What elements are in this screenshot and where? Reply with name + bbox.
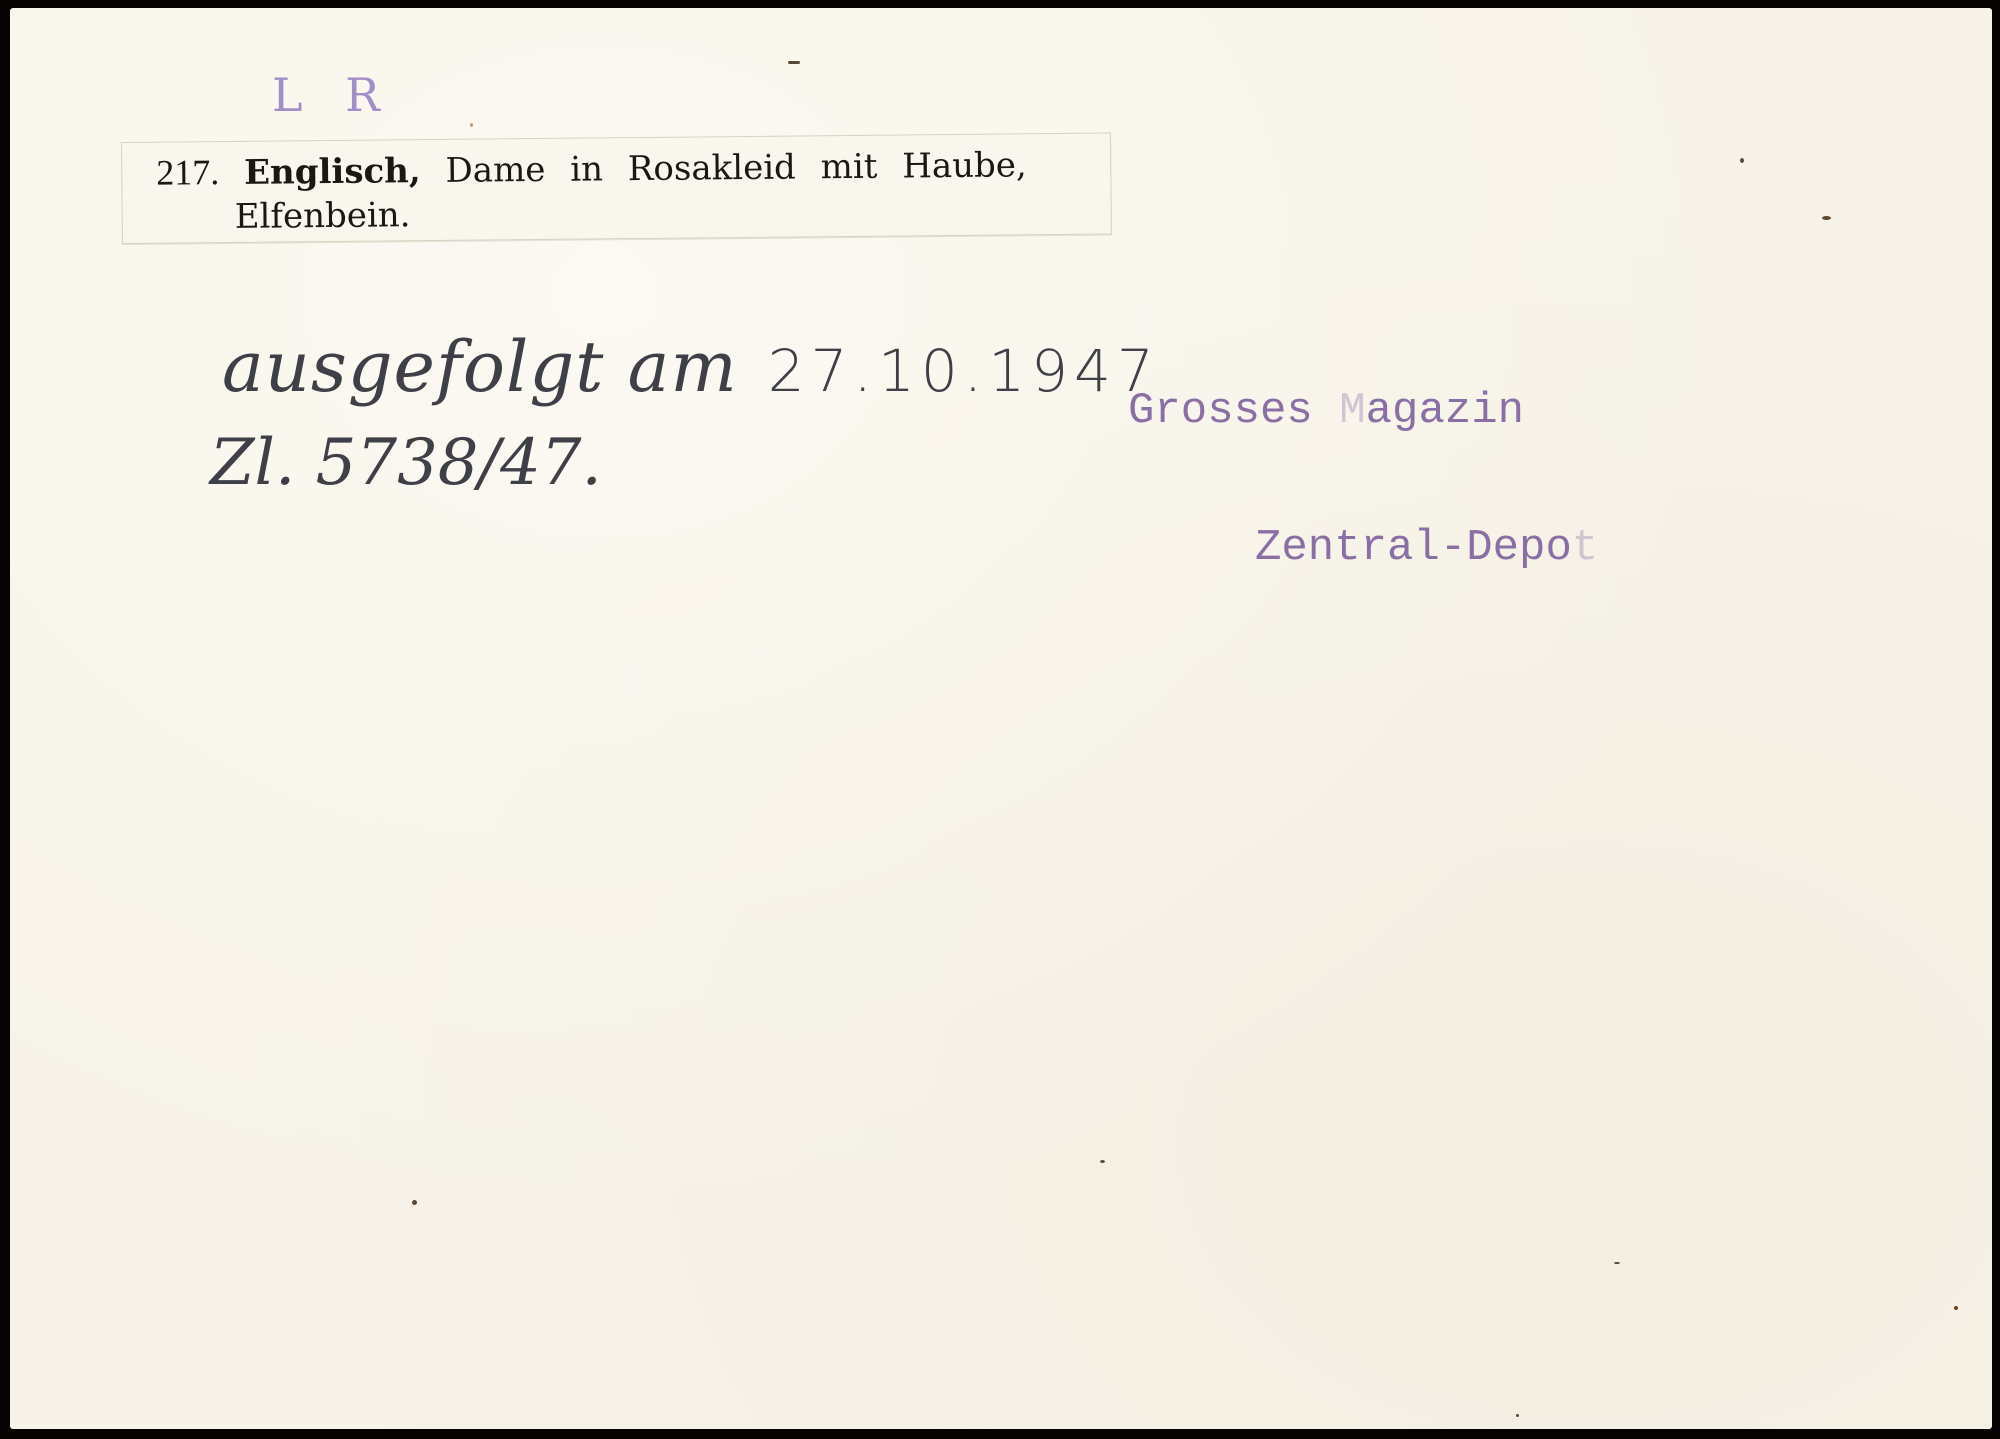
typed-stamp-word-zentral-depo: Zentral-Depo xyxy=(1255,523,1572,573)
catalog-number: 217. xyxy=(156,152,219,193)
release-label: ausgefolgt am xyxy=(222,326,738,408)
typed-stamp-grosses-magazin: Grosses Magazin xyxy=(1128,386,1524,436)
paper-speck xyxy=(788,61,800,64)
handwritten-release-note: ausgefolgt am27.10.1947 xyxy=(222,326,1160,408)
paper-speck xyxy=(412,1200,417,1205)
catalog-entry: 217. Englisch, Dame in Rosakleid mit Hau… xyxy=(156,142,1027,239)
catalog-description: Dame in Rosakleid mit Haube, xyxy=(445,145,1027,191)
typed-stamp-word-grosses: Grosses xyxy=(1128,386,1339,436)
paper-speck xyxy=(1614,1262,1620,1264)
typed-stamp-zentral-depot: Zentral-Depot xyxy=(1255,523,1598,573)
typed-stamp-faded-letter: t xyxy=(1572,523,1598,573)
paper-speck xyxy=(1100,1160,1105,1163)
paper-speck xyxy=(1822,216,1831,220)
typed-stamp-word-magazin: agazin xyxy=(1366,386,1524,436)
paper-speck xyxy=(1954,1306,1958,1310)
initials-stamp: L R xyxy=(272,68,394,122)
paper-speck xyxy=(1516,1414,1519,1417)
paper-speck xyxy=(1740,158,1744,163)
release-date: 27.10.1947 xyxy=(768,337,1160,405)
handwritten-reference-number: Zl. 5738/47. xyxy=(210,426,602,500)
catalog-material: Elfenbein. xyxy=(157,187,1028,239)
typed-stamp-faded-letter: M xyxy=(1339,386,1365,436)
archive-card: L R 217. Englisch, Dame in Rosakleid mit… xyxy=(10,8,1992,1429)
catalog-title: Englisch, xyxy=(244,151,421,193)
catalog-label-slip: 217. Englisch, Dame in Rosakleid mit Hau… xyxy=(121,132,1112,243)
paper-speck xyxy=(470,123,473,127)
